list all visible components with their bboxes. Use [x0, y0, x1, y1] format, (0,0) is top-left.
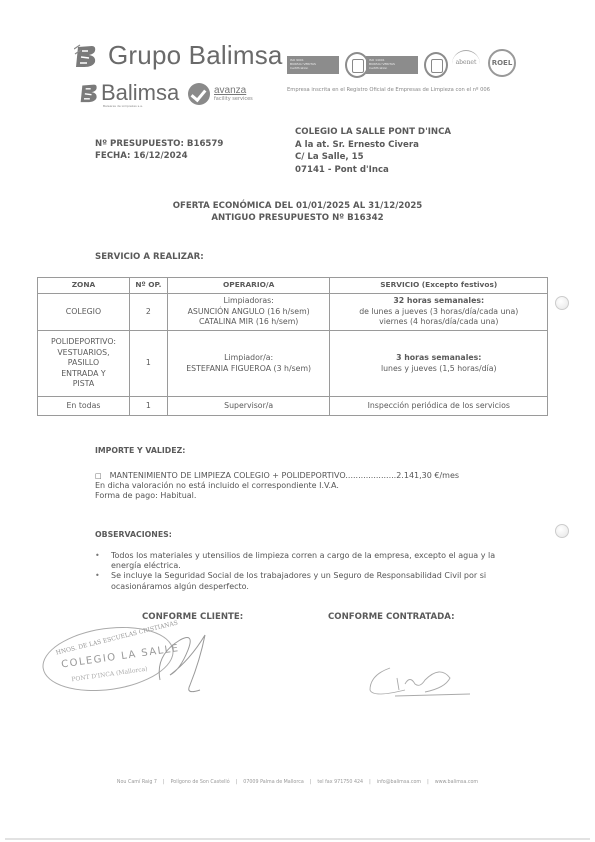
- cell-zona: COLEGIO: [38, 294, 130, 331]
- cell-zona: POLIDEPORTIVO: VESTUARIOS, PASILLO ENTRA…: [38, 331, 130, 397]
- list-item: Se incluye la Seguridad Social de los tr…: [95, 571, 515, 591]
- pricing-item-description: MANTENIMIENTO DE LIMPIEZA COLEGIO + POLI…: [110, 471, 346, 480]
- pricing-section-label: IMPORTE Y VALIDEZ:: [95, 446, 185, 455]
- recipient-street: C/ La Salle, 15: [295, 151, 451, 164]
- cell-servicio: 3 horas semanales: lunes y jueves (1,5 h…: [330, 331, 548, 397]
- table-row: POLIDEPORTIVO: VESTUARIOS, PASILLO ENTRA…: [38, 331, 548, 397]
- cell-zona: En todas: [38, 397, 130, 416]
- avanza-check-icon: [188, 83, 210, 105]
- cell-servicio: Inspección periódica de los servicios: [330, 397, 548, 416]
- recipient-city: 07141 - Pont d'Inca: [295, 164, 451, 177]
- recipient-address: COLEGIO LA SALLE PONT D'INCA A la at. Sr…: [295, 126, 451, 176]
- page-bottom-edge: [5, 838, 590, 840]
- footer-phone: tel fax 971750 424: [317, 780, 363, 785]
- footer-city: 07009 Palma de Mallorca: [243, 780, 304, 785]
- abenet-logo: abenet: [452, 50, 480, 78]
- cell-servicio: 32 horas semanales: de lunes a jueves (3…: [330, 294, 548, 331]
- cell-num-op: 2: [129, 294, 167, 331]
- punch-hole-icon: [555, 296, 569, 310]
- footer-website: www.balimsa.com: [435, 780, 478, 785]
- client-signature-icon: [150, 620, 220, 700]
- payment-note: Forma de pago: Habitual.: [95, 491, 196, 501]
- cell-num-op: 1: [129, 331, 167, 397]
- budget-info: Nº PRESUPUESTO: B16579 FECHA: 16/12/2024: [95, 138, 223, 162]
- contractor-signature-icon: [365, 660, 475, 700]
- contractor-signature-label: CONFORME CONTRATADA:: [328, 612, 455, 622]
- iso-14001-certificate: ISO 14001 BUREAU VERITAS Certification: [366, 52, 448, 78]
- registry-text: Empresa inscrita en el Registro Oficial …: [287, 87, 490, 93]
- roel-logo: ROEL: [488, 49, 516, 77]
- observations-list: Todos los materiales y utensilios de lim…: [95, 551, 515, 592]
- checkbox-bullet-icon: □: [95, 472, 102, 480]
- balimsa-logo: Balimsa Baleares de Limpiezas s.a.: [79, 82, 179, 104]
- vat-note: En dicha valoración no está incluido el …: [95, 481, 339, 491]
- pricing-item-leader: ....................: [345, 471, 396, 480]
- table-row: En todas 1 Supervisor/a Inspección perió…: [38, 397, 548, 416]
- avanza-tagline: facility services: [214, 96, 253, 102]
- punch-hole-icon: [555, 524, 569, 538]
- budget-number: Nº PRESUPUESTO: B16579: [95, 138, 223, 150]
- avanza-name: avanza: [214, 86, 253, 96]
- pricing-item: □MANTENIMIENTO DE LIMPIEZA COLEGIO + POL…: [95, 471, 495, 481]
- pricing-item-amount: 2.141,30 €/mes: [396, 471, 459, 480]
- balimsa-small-mark-icon: [79, 82, 99, 104]
- balimsa-mark-icon: [74, 43, 98, 69]
- avanza-logo: avanza facility services: [188, 83, 253, 105]
- cell-operario: Limpiador/a: ESTEFANIA FIGUEROA (3 h/sem…: [167, 331, 330, 397]
- brand-sub-tagline: Baleares de Limpiezas s.a.: [103, 104, 143, 108]
- footer-contact: Nou Camí Raig 7|Polígono de Son Castelló…: [0, 780, 595, 785]
- service-table: ZONA Nº OP. OPERARIO/A SERVICIO (Excepto…: [37, 277, 548, 416]
- column-header-operario: OPERARIO/A: [167, 278, 330, 294]
- observations-section-label: OBSERVACIONES:: [95, 530, 172, 539]
- recipient-attention: A la at. Sr. Ernesto Civera: [295, 139, 451, 152]
- bureau-veritas-seal-icon: [424, 52, 448, 78]
- table-row: COLEGIO 2 Limpiadoras: ASUNCIÓN ANGULO (…: [38, 294, 548, 331]
- offer-previous-budget: ANTIGUO PRESUPUESTO Nº B16342: [0, 213, 595, 225]
- column-header-servicio: SERVICIO (Excepto festivos): [330, 278, 548, 294]
- cell-operario: Limpiadoras: ASUNCIÓN ANGULO (16 h/sem) …: [167, 294, 330, 331]
- brand-sub: Balimsa: [101, 82, 179, 104]
- column-header-zona: ZONA: [38, 278, 130, 294]
- service-section-label: SERVICIO A REALIZAR:: [95, 252, 204, 262]
- offer-title: OFERTA ECONÓMICA DEL 01/01/2025 AL 31/12…: [0, 201, 595, 213]
- cell-operario: Supervisor/a: [167, 397, 330, 416]
- footer-address: Nou Camí Raig 7: [117, 780, 157, 785]
- iso-9001-certificate: ISO 9001 BUREAU VERITAS Certification: [287, 52, 369, 78]
- cell-num-op: 1: [129, 397, 167, 416]
- grupo-balimsa-logo: Grupo Balimsa: [74, 40, 283, 71]
- budget-date: FECHA: 16/12/2024: [95, 150, 223, 162]
- recipient-name: COLEGIO LA SALLE PONT D'INCA: [295, 126, 451, 139]
- footer-industrial-area: Polígono de Son Castelló: [171, 780, 230, 785]
- brand-main: Grupo Balimsa: [108, 40, 283, 71]
- list-item: Todos los materiales y utensilios de lim…: [95, 551, 515, 571]
- table-header-row: ZONA Nº OP. OPERARIO/A SERVICIO (Excepto…: [38, 278, 548, 294]
- footer-email: info@balimsa.com: [377, 780, 421, 785]
- offer-heading: OFERTA ECONÓMICA DEL 01/01/2025 AL 31/12…: [0, 201, 595, 224]
- column-header-num-op: Nº OP.: [129, 278, 167, 294]
